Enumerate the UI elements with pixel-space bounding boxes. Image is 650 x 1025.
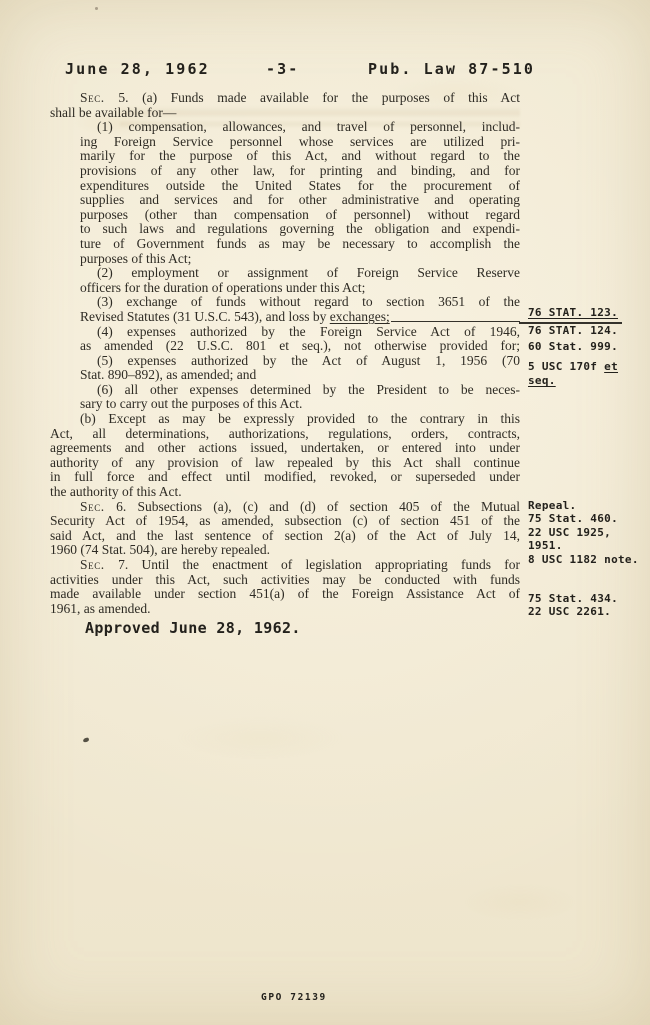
body-line: in full force and effect until modified,… bbox=[50, 470, 520, 485]
body-line: purposes of this Act; bbox=[80, 252, 520, 267]
body-line: to such laws and regulations governing t… bbox=[80, 222, 520, 237]
body-line: authority of any provision of law repeal… bbox=[50, 456, 520, 471]
body-line: (6) all other expenses determined by the… bbox=[80, 383, 520, 398]
body-line: sary to carry out the purposes of this A… bbox=[80, 397, 520, 412]
margin-note-line: 5 USC 170f et bbox=[528, 360, 618, 374]
margin-note-stat-999: 60 Stat. 999. bbox=[528, 340, 618, 354]
margin-note-stat-124: 76 STAT. 124. bbox=[528, 324, 618, 338]
header-page-number: -3- bbox=[266, 60, 299, 78]
body-line: Act, all determinations, authorizations,… bbox=[50, 427, 520, 442]
margin-note-line: seq. bbox=[528, 374, 618, 388]
body-line: provisions of any other law, for printin… bbox=[80, 164, 520, 179]
margin-note-usc-170f: 5 USC 170f et seq. bbox=[528, 360, 618, 388]
margin-note-line: 75 Stat. 434. bbox=[528, 592, 618, 606]
body-text: Sec. 5. (a) Funds made available for the… bbox=[50, 91, 520, 616]
body-line: Revised Statutes (31 U.S.C. 543), and lo… bbox=[80, 310, 520, 325]
gpo-imprint: GPO 72139 bbox=[261, 992, 327, 1003]
body-line: purposes (other than compensation of per… bbox=[80, 208, 520, 223]
body-line: Sec. 5. (a) Funds made available for the… bbox=[50, 91, 520, 106]
body-line: the authority of this Act. bbox=[50, 485, 520, 500]
body-line: Sec. 6. Subsections (a), (c) and (d) of … bbox=[50, 500, 520, 515]
margin-note-final-block: 75 Stat. 434.22 USC 2261. bbox=[528, 592, 618, 619]
body-line: agreements and other actions issued, und… bbox=[50, 441, 520, 456]
margin-note-repeal-block: Repeal.75 Stat. 460.22 USC 1925,1951.8 U… bbox=[528, 499, 639, 567]
body-line: as amended (22 U.S.C. 801 et seq.), not … bbox=[80, 339, 520, 354]
body-line: shall be available for— bbox=[50, 106, 520, 121]
header-date: June 28, 1962 bbox=[65, 60, 210, 78]
body-line: said Act, and the last sentence of secti… bbox=[50, 529, 520, 544]
margin-note-line: 75 Stat. 460. bbox=[528, 512, 639, 526]
approved-line: Approved June 28, 1962. bbox=[85, 619, 301, 637]
body-line: (3) exchange of funds without regard to … bbox=[80, 295, 520, 310]
body-line: made available under section 451(a) of t… bbox=[50, 587, 520, 602]
ink-speck bbox=[83, 737, 90, 743]
body-line: supplies and services and for other admi… bbox=[80, 193, 520, 208]
margin-note-line: 22 USC 2261. bbox=[528, 605, 618, 619]
body-line: Stat. 890–892), as amended; and bbox=[80, 368, 520, 383]
margin-note-line: 22 USC 1925, bbox=[528, 526, 639, 540]
body-line: marily for the purpose of this Act, and … bbox=[80, 149, 520, 164]
body-line: ture of Government funds as may be neces… bbox=[80, 237, 520, 252]
margin-note-line: 1951. bbox=[528, 539, 639, 553]
body-line: Sec. 7. Until the enactment of legislati… bbox=[50, 558, 520, 573]
body-line: expenditures outside the United States f… bbox=[80, 179, 520, 194]
body-line: ing Foreign Service personnel whose serv… bbox=[80, 135, 520, 150]
body-line: 1960 (74 Stat. 504), are hereby repealed… bbox=[50, 543, 520, 558]
body-line: (b) Except as may be expressly provided … bbox=[50, 412, 520, 427]
body-line: activities under this Act, such activiti… bbox=[50, 573, 520, 588]
body-line: 1961, as amended. bbox=[50, 602, 520, 617]
margin-note-line: Repeal. bbox=[528, 499, 639, 513]
margin-note-stat-123: 76 STAT. 123. bbox=[528, 306, 618, 320]
scanned-law-page: June 28, 1962 -3- Pub. Law 87-510 Sec. 5… bbox=[0, 0, 650, 1025]
body-line: (5) expenses authorized by the Act of Au… bbox=[80, 354, 520, 369]
body-line: officers for the duration of operations … bbox=[80, 281, 520, 296]
body-line: (2) employment or assignment of Foreign … bbox=[80, 266, 520, 281]
header-law-number: Pub. Law 87-510 bbox=[368, 60, 535, 78]
ink-speck bbox=[95, 7, 98, 10]
margin-note-line: 8 USC 1182 note. bbox=[528, 553, 639, 567]
body-line: (4) expenses authorized by the Foreign S… bbox=[80, 325, 520, 340]
body-line: (1) compensation, allowances, and travel… bbox=[80, 120, 520, 135]
body-line: Security Act of 1954, as amended, subsec… bbox=[50, 514, 520, 529]
